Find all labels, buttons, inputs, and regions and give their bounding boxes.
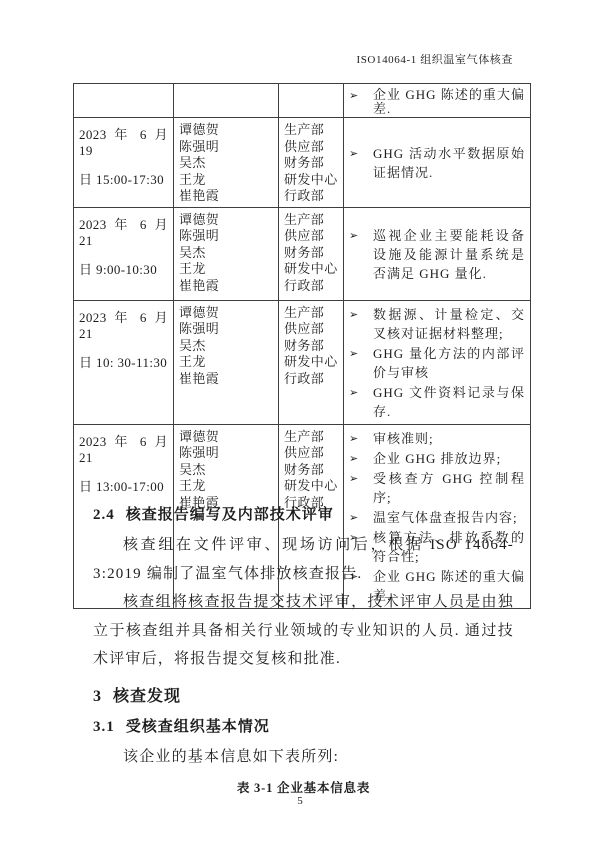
time-text: 日 9:00-10:30 — [79, 259, 168, 278]
arrow-bullet-icon: ➢ — [349, 345, 363, 383]
department-name: 生产部 — [284, 122, 338, 139]
attendee-name: 吴杰 — [179, 155, 273, 172]
attendee-name: 谭德贺 — [179, 122, 273, 139]
date-text: 2023 年 6 月 21 — [79, 305, 168, 342]
paragraph: 核查组将核查报告提交技术评审，技术评审人员是由独立于核查组并具备相关行业领域的专… — [93, 588, 514, 674]
attendee-name: 王龙 — [179, 478, 273, 495]
agenda-item-text: 数据源、计量检定、交叉核对证据材料整理; — [373, 305, 525, 343]
attendees-cell: 谭德贺 陈强明 吴杰 王龙 崔艳霞 — [174, 118, 279, 208]
attendee-name: 吴杰 — [179, 245, 273, 262]
department-name: 财务部 — [284, 155, 338, 172]
date-text: 2023 年 6 月 21 — [79, 212, 168, 249]
arrow-bullet-icon: ➢ — [349, 145, 363, 183]
departments-cell: 生产部 供应部 财务部 研发中心 行政部 — [279, 300, 344, 424]
department-name: 财务部 — [284, 338, 338, 355]
attendee-name: 谭德贺 — [179, 212, 273, 229]
arrow-bullet-icon: ➢ — [349, 306, 363, 344]
arrow-bullet-icon: ➢ — [349, 430, 363, 449]
table-caption: 表 3-1 企业基本信息表 — [93, 778, 514, 796]
department-name: 供应部 — [284, 321, 338, 338]
department-name: 行政部 — [284, 278, 338, 295]
schedule-row: 2023 年 6 月 21 日 9:00-10:30 谭德贺 陈强明 吴杰 王龙… — [74, 207, 531, 300]
time-text: 日 15:00-17:30 — [79, 169, 168, 188]
agenda-item: ➢ GHG 活动水平数据原始证据情况. — [349, 144, 525, 182]
agenda-item-text: GHG 活动水平数据原始证据情况. — [373, 144, 525, 182]
agenda-item-text: 审核准则; — [373, 429, 525, 448]
arrow-bullet-icon: ➢ — [349, 89, 363, 117]
empty-cell — [74, 84, 174, 118]
department-name: 研发中心 — [284, 261, 338, 278]
heading-number: 2.4 — [93, 507, 115, 523]
agenda-item: ➢ 巡视企业主要能耗设备设施及能源计量系统是否满足 GHG 量化. — [349, 226, 525, 283]
department-name: 供应部 — [284, 139, 338, 156]
department-name: 研发中心 — [284, 172, 338, 189]
heading-number: 3 — [93, 688, 102, 705]
department-name: 供应部 — [284, 445, 338, 462]
arrow-bullet-icon: ➢ — [349, 470, 363, 508]
attendee-name: 吴杰 — [179, 338, 273, 355]
agenda-cell: ➢ 企业 GHG 陈述的重大偏差. — [344, 84, 531, 118]
attendees-cell: 谭德贺 陈强明 吴杰 王龙 崔艳霞 — [174, 300, 279, 424]
document-page: ISO14064-1 组织温室气体核查 ➢ 企业 GHG 陈述的重大偏差. — [0, 0, 600, 848]
department-name: 供应部 — [284, 228, 338, 245]
arrow-bullet-icon: ➢ — [349, 384, 363, 422]
agenda-item-text: 企业 GHG 排放边界; — [373, 449, 525, 468]
department-name: 研发中心 — [284, 354, 338, 371]
heading-number: 3.1 — [93, 719, 115, 735]
attendee-name: 王龙 — [179, 172, 273, 189]
attendee-name: 谭德贺 — [179, 305, 273, 322]
attendee-name: 陈强明 — [179, 321, 273, 338]
department-name: 研发中心 — [284, 478, 338, 495]
agenda-item: ➢ 企业 GHG 陈述的重大偏差. — [349, 88, 525, 116]
heading-text: 核查发现 — [113, 688, 181, 705]
date-cell: 2023 年 6 月 19 日 15:00-17:30 — [74, 118, 174, 208]
attendee-name: 陈强明 — [179, 139, 273, 156]
agenda-cell: ➢ GHG 活动水平数据原始证据情况. — [344, 118, 531, 208]
agenda-item: ➢ 受核查方 GHG 控制程序; — [349, 469, 525, 507]
departments-cell: 生产部 供应部 财务部 研发中心 行政部 — [279, 118, 344, 208]
attendee-name: 谭德贺 — [179, 429, 273, 446]
section-heading-2-4: 2.4核查报告编写及内部技术评审 — [93, 503, 514, 524]
attendee-name: 吴杰 — [179, 462, 273, 479]
attendees-cell: 谭德贺 陈强明 吴杰 王龙 崔艳霞 — [174, 207, 279, 300]
date-text: 2023 年 6 月 19 — [79, 122, 168, 159]
attendee-name: 崔艳霞 — [179, 371, 273, 388]
department-name: 财务部 — [284, 245, 338, 262]
date-cell: 2023 年 6 月 21 日 10: 30-11:30 — [74, 300, 174, 424]
attendee-name: 王龙 — [179, 261, 273, 278]
page-number: 5 — [0, 795, 600, 807]
schedule-row: 2023 年 6 月 21 日 10: 30-11:30 谭德贺 陈强明 吴杰 … — [74, 300, 531, 424]
attendee-name: 崔艳霞 — [179, 188, 273, 205]
department-name: 行政部 — [284, 371, 338, 388]
agenda-item-text: 企业 GHG 陈述的重大偏差. — [373, 88, 525, 116]
time-text: 日 13:00-17:00 — [79, 476, 168, 495]
time-text: 日 10: 30-11:30 — [79, 352, 168, 371]
agenda-item: ➢ 企业 GHG 排放边界; — [349, 449, 525, 468]
agenda-cell: ➢ 巡视企业主要能耗设备设施及能源计量系统是否满足 GHG 量化. — [344, 207, 531, 300]
empty-cell — [174, 84, 279, 118]
date-cell: 2023 年 6 月 21 日 9:00-10:30 — [74, 207, 174, 300]
heading-text: 核查报告编写及内部技术评审 — [126, 507, 334, 523]
attendee-name: 王龙 — [179, 354, 273, 371]
section-heading-3-1: 3.1受核查组织基本情况 — [93, 715, 514, 736]
agenda-item: ➢ GHG 量化方法的内部评价与审核 — [349, 344, 525, 382]
attendee-name: 崔艳霞 — [179, 278, 273, 295]
agenda-item-text: 巡视企业主要能耗设备设施及能源计量系统是否满足 GHG 量化. — [373, 226, 525, 283]
agenda-item-text: GHG 文件资料记录与保存. — [373, 383, 525, 421]
arrow-bullet-icon: ➢ — [349, 450, 363, 469]
empty-cell — [279, 84, 344, 118]
heading-text: 受核查组织基本情况 — [126, 719, 270, 735]
department-name: 生产部 — [284, 429, 338, 446]
agenda-item: ➢ GHG 文件资料记录与保存. — [349, 383, 525, 421]
body-text-block: 2.4核查报告编写及内部技术评审 核查组在文件评审、现场访问后，根据 ISO 1… — [93, 503, 514, 796]
agenda-cell: ➢ 数据源、计量检定、交叉核对证据材料整理; ➢ GHG 量化方法的内部评价与审… — [344, 300, 531, 424]
agenda-item: ➢ 审核准则; — [349, 429, 525, 448]
schedule-row: 2023 年 6 月 19 日 15:00-17:30 谭德贺 陈强明 吴杰 王… — [74, 118, 531, 208]
agenda-item-text: GHG 量化方法的内部评价与审核 — [373, 344, 525, 382]
arrow-bullet-icon: ➢ — [349, 227, 363, 284]
paragraph: 核查组在文件评审、现场访问后，根据 ISO 14064-3:2019 编制了温室… — [93, 531, 514, 588]
agenda-item: ➢ 数据源、计量检定、交叉核对证据材料整理; — [349, 305, 525, 343]
running-header: ISO14064-1 组织温室气体核查 — [0, 51, 513, 67]
department-name: 财务部 — [284, 462, 338, 479]
section-heading-3: 3核查发现 — [93, 683, 514, 706]
attendee-name: 陈强明 — [179, 445, 273, 462]
department-name: 生产部 — [284, 212, 338, 229]
department-name: 行政部 — [284, 188, 338, 205]
paragraph: 该企业的基本信息如下表所列: — [93, 743, 514, 772]
schedule-row-carryover: ➢ 企业 GHG 陈述的重大偏差. — [74, 84, 531, 118]
attendee-name: 陈强明 — [179, 228, 273, 245]
department-name: 生产部 — [284, 305, 338, 322]
agenda-item-text: 受核查方 GHG 控制程序; — [373, 469, 525, 507]
departments-cell: 生产部 供应部 财务部 研发中心 行政部 — [279, 207, 344, 300]
date-text: 2023 年 6 月 21 — [79, 429, 168, 466]
